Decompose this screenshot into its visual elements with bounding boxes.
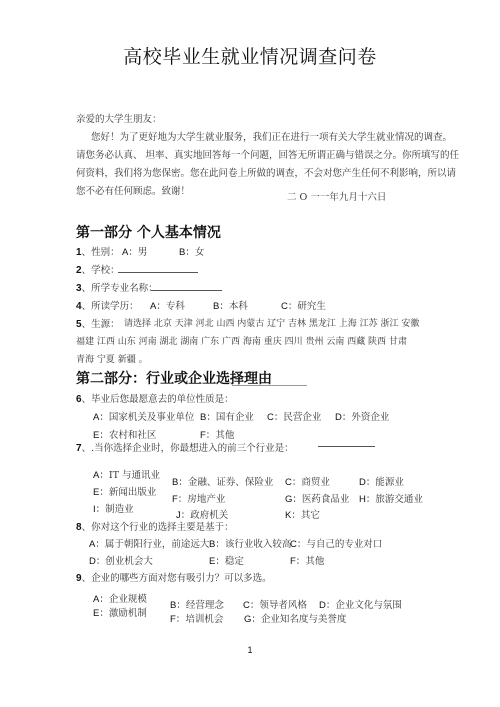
- option-text: 能源业: [375, 477, 404, 488]
- q4-option-a[interactable]: A：专科: [150, 298, 185, 312]
- q6-option-d[interactable]: D：外资企业: [335, 409, 389, 423]
- school-answer-blank[interactable]: [118, 272, 198, 273]
- option-letter: D：: [319, 600, 335, 611]
- option-letter: B：: [209, 539, 225, 550]
- intro-line-1: 您好！为了更好地为大学生就业服务，我们正在进行一项有关大学生就业情况的调查。: [91, 129, 452, 143]
- option-letter: B：: [179, 247, 195, 258]
- origin-options-line-3[interactable]: 青海 宁夏 新疆 。: [76, 352, 148, 365]
- option-letter: I：: [93, 504, 105, 515]
- option-text: 商贸业: [301, 477, 330, 488]
- option-letter: A：: [93, 412, 109, 423]
- option-text: 培训机会: [185, 614, 223, 625]
- q6-option-c[interactable]: C：民营企业: [267, 409, 321, 423]
- question-label: 、所读学历：: [82, 301, 139, 312]
- option-letter: E：: [93, 487, 109, 498]
- option-letter: G：: [244, 614, 261, 625]
- option-letter: G：: [285, 494, 302, 505]
- option-letter: H：: [359, 494, 375, 505]
- origin-options-line-2[interactable]: 福建 江西 山东 河南 湖北 湖南 广东 广西 海南 重庆 四川 贵州 云南 西…: [76, 334, 407, 347]
- option-text: 男: [138, 247, 148, 258]
- option-text: 稳定: [225, 556, 244, 567]
- major-answer-blank[interactable]: [151, 290, 222, 291]
- option-text: 激励机制: [109, 608, 147, 619]
- option-text: 专科: [166, 301, 185, 312]
- question-label: 、生源：: [82, 319, 120, 330]
- option-letter: B：: [170, 600, 186, 611]
- q8-option-d[interactable]: D：创业机会大: [89, 553, 153, 567]
- q7-option-c[interactable]: C：商贸业: [285, 474, 330, 488]
- option-text: 医药食品业: [302, 494, 350, 505]
- question-label: 、毕业后您最愿意去的单位性质是：: [82, 394, 234, 405]
- option-text: 新闻出版业: [109, 487, 157, 498]
- option-letter: F：: [290, 556, 305, 567]
- q7-option-b[interactable]: B：金融、证券、保险业: [172, 474, 273, 488]
- option-letter: C：: [290, 539, 306, 550]
- q8-option-b[interactable]: B：该行业收入较高: [209, 536, 291, 550]
- document-title: 高校毕业生就业情况调查问卷: [0, 42, 500, 69]
- option-letter: C：: [281, 301, 297, 312]
- q9-option-f[interactable]: F：培训机会: [170, 611, 223, 625]
- origin-options-line-1[interactable]: 请选择 北京 天津 河北 山西 内蒙古 辽宁 吉林 黑龙江 上海 江苏 浙江 安…: [124, 316, 419, 329]
- option-text: 经营理念: [186, 600, 224, 611]
- question-label: 、你对这个行业的选择主要是基于：: [82, 522, 234, 533]
- intro-line-2: 请您务必认真、 坦率、真实地回答每一个问题，回答无所谓正确与错误之分。你所填写的…: [76, 147, 459, 161]
- option-letter: D：: [359, 477, 375, 488]
- q7-option-a[interactable]: A：IT 与通讯业: [93, 467, 160, 481]
- q9-option-b[interactable]: B：经营理念: [170, 597, 224, 611]
- q7-option-g[interactable]: G：医药食品业: [285, 491, 349, 505]
- option-letter: C：: [243, 600, 259, 611]
- option-letter: B：: [172, 477, 188, 488]
- q9-option-a[interactable]: A：企业规模: [93, 591, 147, 605]
- option-text: 金融、证券、保险业: [188, 477, 274, 488]
- option-letter: A：: [89, 539, 105, 550]
- option-text: 外资企业: [351, 412, 389, 423]
- q4-option-c[interactable]: C：研究生: [281, 298, 326, 312]
- option-text: 民营企业: [283, 412, 321, 423]
- question-9: 9、企业的哪些方面对您有吸引力？可以多选。: [76, 570, 272, 584]
- option-text: 创业机会大: [105, 556, 153, 567]
- option-text: 国有企业: [216, 412, 254, 423]
- q6-option-a[interactable]: A：国家机关及事业单位: [93, 409, 194, 423]
- option-text: 房地产业: [187, 494, 225, 505]
- option-text: 属于朝阳行业，前途远大: [105, 539, 210, 550]
- question-8: 8、你对这个行业的选择主要是基于：: [76, 519, 234, 533]
- q1-option-a[interactable]: A：男: [122, 244, 147, 258]
- option-letter: A：: [122, 247, 138, 258]
- q8-option-c[interactable]: C：与自己的专业对口: [290, 536, 382, 550]
- question-label: 、所学专业名称：: [82, 283, 158, 294]
- page-number: 1: [0, 645, 500, 655]
- q6-option-e[interactable]: E：农村和社区: [93, 427, 156, 441]
- option-text: 女: [195, 247, 205, 258]
- q7-option-d[interactable]: D：能源业: [359, 474, 404, 488]
- q7-option-f[interactable]: F：房地产业: [172, 491, 225, 505]
- q7-answer-blank[interactable]: [318, 446, 375, 447]
- q9-option-c[interactable]: C：领导者风格: [243, 597, 307, 611]
- option-text: 国家机关及事业单位: [109, 412, 195, 423]
- option-text: 其他: [305, 556, 324, 567]
- q6-option-f[interactable]: F：其他: [200, 427, 234, 441]
- option-letter: A：: [93, 594, 109, 605]
- q7-option-h[interactable]: H：旅游交通业: [359, 491, 423, 505]
- option-letter: A：: [150, 301, 166, 312]
- option-text: 企业知名度与美誉度: [261, 614, 347, 625]
- question-1: 1、性别：: [76, 244, 120, 258]
- option-text: 该行业收入较高: [225, 539, 292, 550]
- option-text: 旅游交通业: [375, 494, 423, 505]
- survey-date: 二 O 一一年九月十六日: [287, 189, 386, 203]
- question-label: 、学校：: [82, 265, 120, 276]
- greeting: 亲爱的大学生朋友：: [76, 111, 162, 125]
- option-letter: K：: [285, 510, 301, 521]
- q8-option-f[interactable]: F：其他: [290, 553, 324, 567]
- question-label: 、性别：: [82, 247, 120, 258]
- question-7: 7、.当你选择企业时，你最想进入的前三个行业是：: [76, 440, 294, 454]
- option-letter: E：: [93, 608, 109, 619]
- question-6: 6、毕业后您最愿意去的单位性质是：: [76, 391, 234, 405]
- q7-option-e[interactable]: E：新闻出版业: [93, 484, 156, 498]
- q7-option-k[interactable]: K：其它: [285, 507, 320, 521]
- question-3: 3、所学专业名称：: [76, 280, 158, 294]
- option-text: 领导者风格: [259, 600, 307, 611]
- option-text: 本科: [229, 301, 248, 312]
- part1-heading: 第一部分 个人基本情况: [76, 222, 221, 242]
- option-text: IT 与通讯业: [109, 470, 160, 481]
- q6-option-b[interactable]: B：国有企业: [200, 409, 254, 423]
- option-letter: C：: [285, 477, 301, 488]
- q9-option-e[interactable]: E：激励机制: [93, 605, 147, 619]
- option-letter: D：: [89, 556, 105, 567]
- option-letter: C：: [267, 412, 283, 423]
- option-letter: F：: [170, 614, 185, 625]
- option-letter: B：: [200, 412, 216, 423]
- option-letter: F：: [172, 494, 187, 505]
- q1-option-b[interactable]: B：女: [179, 244, 204, 258]
- option-letter: D：: [335, 412, 351, 423]
- q9-option-g[interactable]: G：企业知名度与美誉度: [244, 611, 346, 625]
- option-text: 企业文化与氛围: [335, 600, 402, 611]
- option-text: 企业规模: [109, 594, 147, 605]
- question-5: 5、生源：: [76, 316, 120, 330]
- q7-option-i[interactable]: I：制造业: [93, 501, 134, 515]
- q8-option-a[interactable]: A：属于朝阳行业，前途远大: [89, 536, 209, 550]
- question-4: 4、所读学历：: [76, 298, 139, 312]
- question-label: 、企业的哪些方面对您有吸引力？可以多选。: [82, 573, 272, 584]
- option-text: 其它: [301, 510, 320, 521]
- option-text: 研究生: [297, 301, 326, 312]
- option-text: 与自己的专业对口: [306, 539, 382, 550]
- heading-underline: [232, 385, 307, 386]
- question-2: 2、学校：: [76, 262, 120, 276]
- q9-option-d[interactable]: D：企业文化与氛围: [319, 597, 402, 611]
- question-label: 、.当你选择企业时，你最想进入的前三个行业是：: [82, 443, 294, 454]
- option-letter: A：: [93, 470, 109, 481]
- option-letter: B：: [213, 301, 229, 312]
- q8-option-e[interactable]: E：稳定: [209, 553, 244, 567]
- intro-line-4: 您不必有任何顾虑。致谢！: [76, 183, 190, 197]
- intro-line-3: 何资料，我们将为您保密。您在此问卷上所做的调查，不会对您产生任何不利影响，所以请: [76, 165, 456, 179]
- option-text: 制造业: [105, 504, 134, 515]
- option-letter: E：: [209, 556, 225, 567]
- q4-option-b[interactable]: B：本科: [213, 298, 248, 312]
